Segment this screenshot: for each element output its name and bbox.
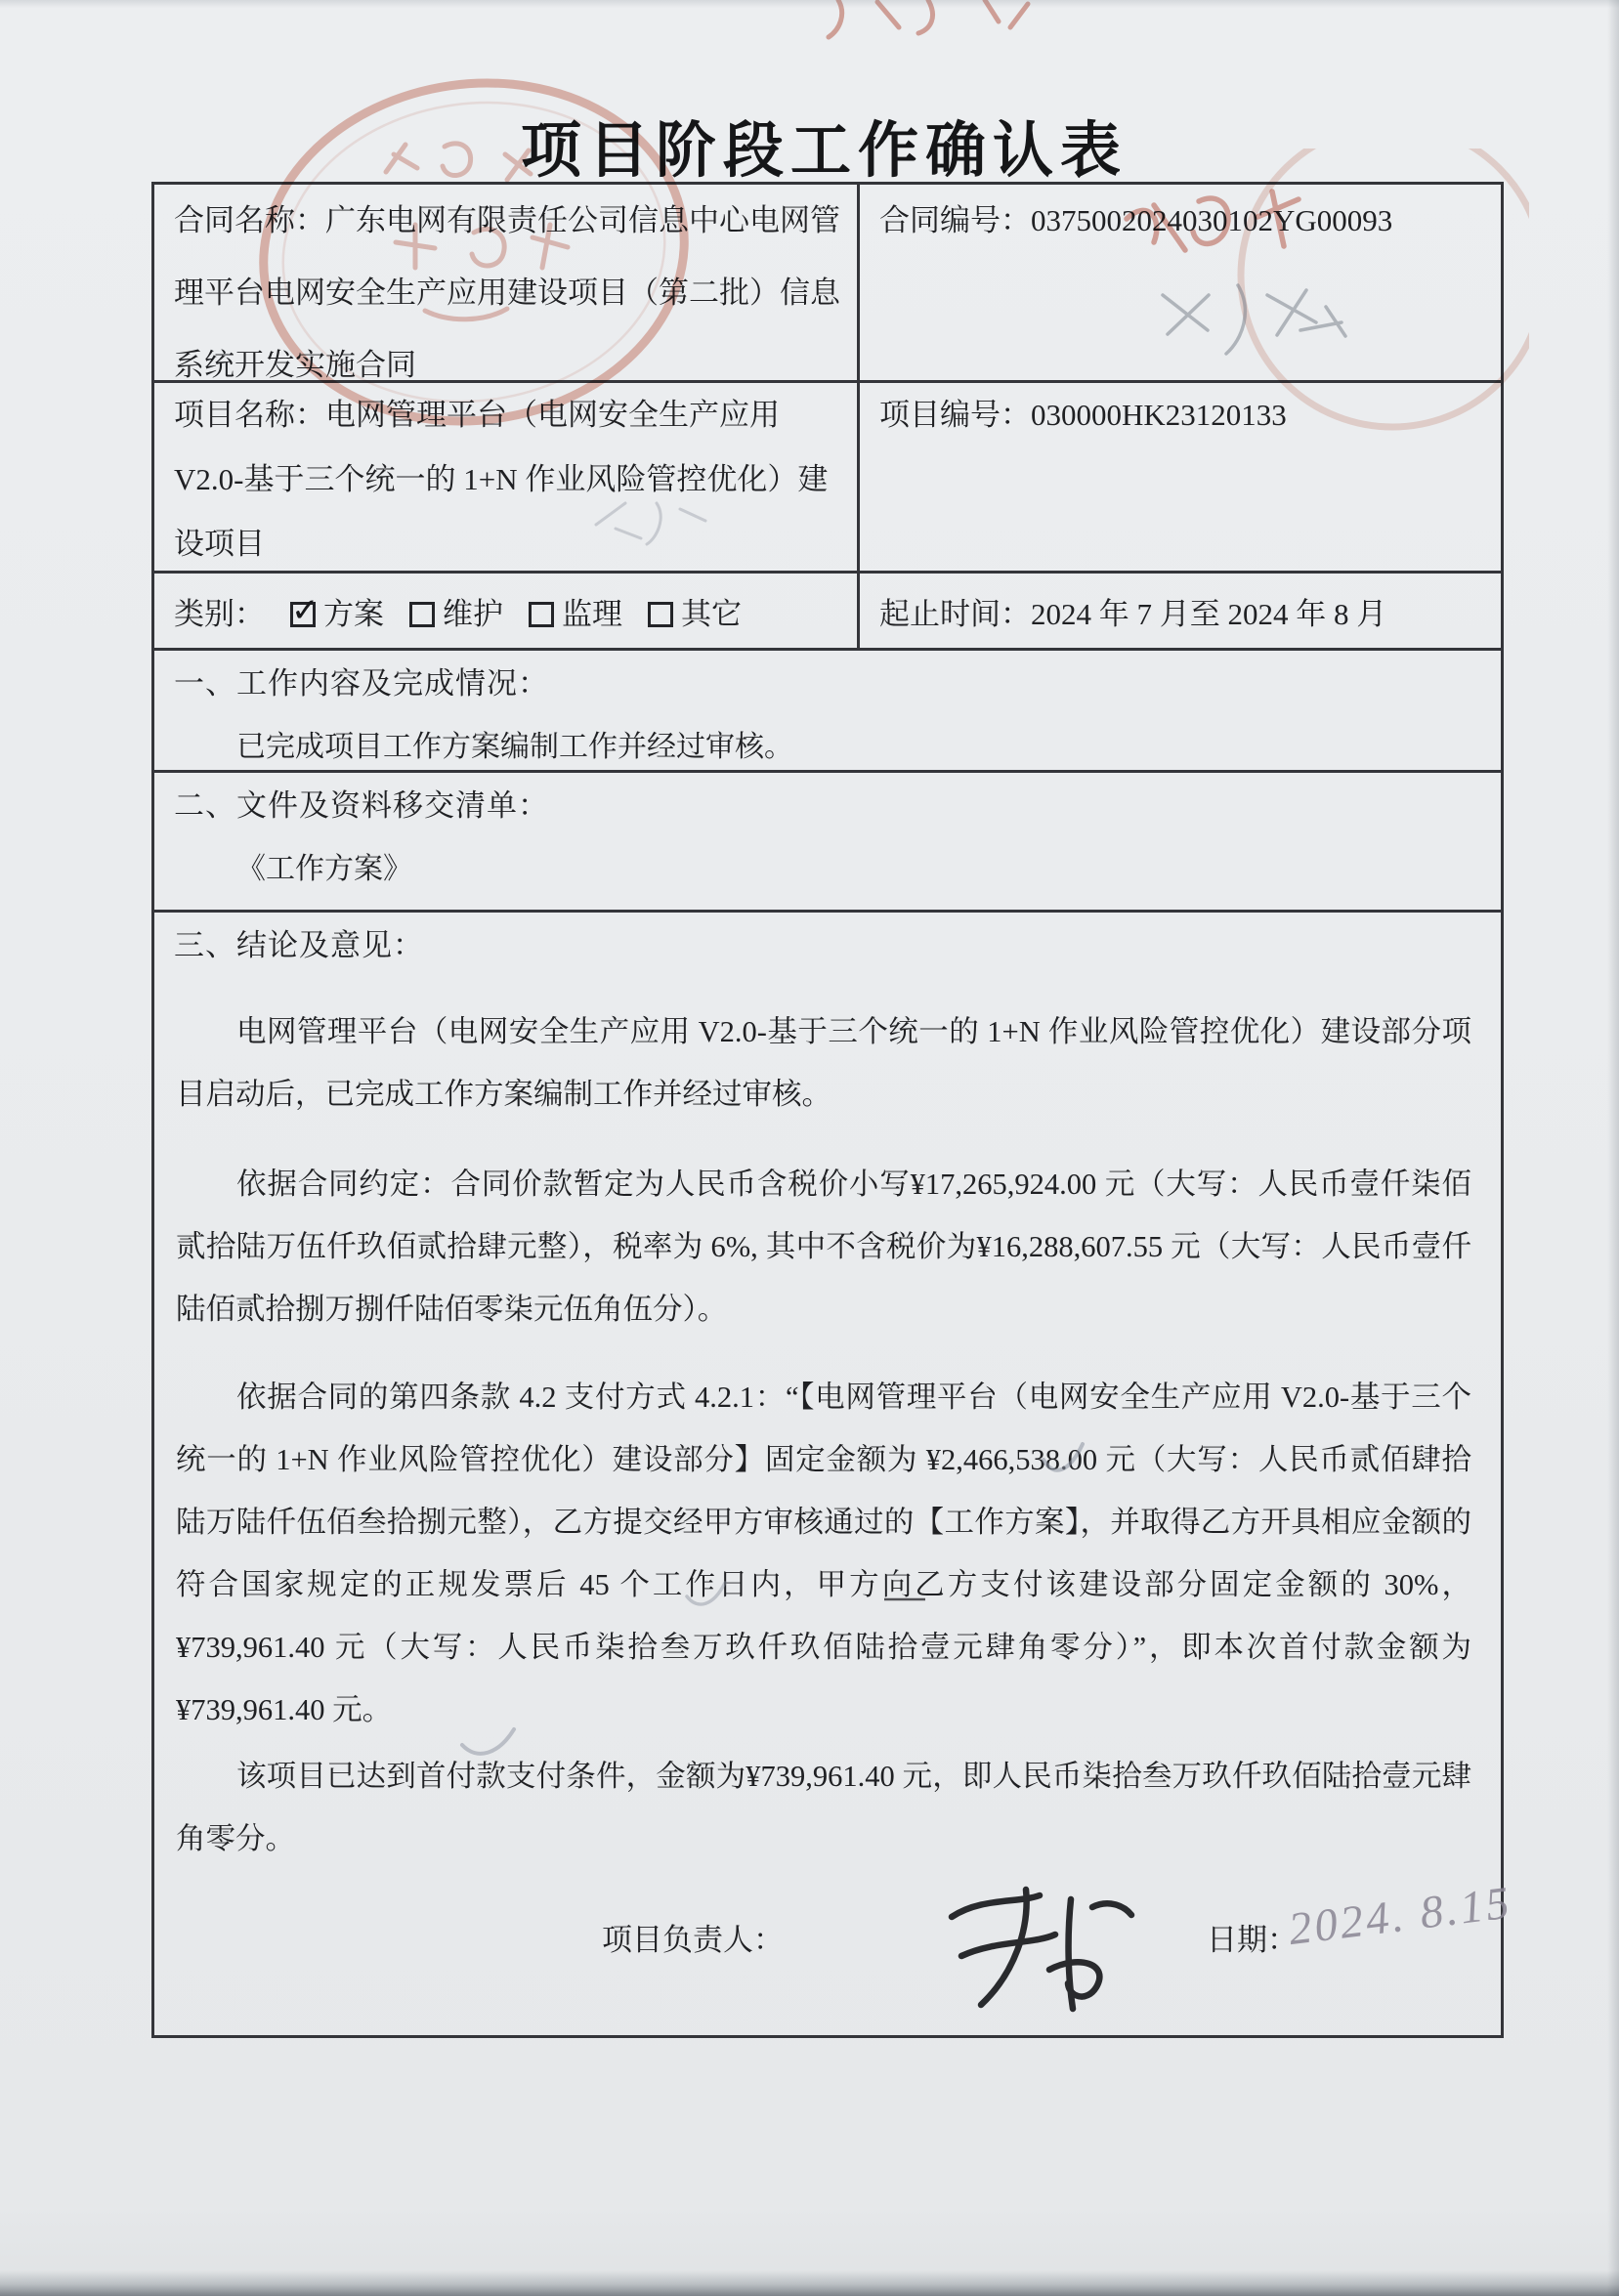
project-name-label: 项目名称： — [174, 398, 325, 432]
section-2-heading: 二、文件及资料移交清单： — [174, 781, 1485, 831]
category-option-label: 监理 — [562, 597, 622, 631]
row-project: 项目名称：电网管理平台（电网安全生产应用 V2.0-基于三个统一的 1+N 作业… — [154, 383, 1501, 574]
category-option-label: 方案 — [323, 597, 384, 631]
conclusion-paragraph: 依据合同的第四条款 4.2 支付方式 4.2.1：“【电网管理平台（电网安全生产… — [176, 1366, 1471, 1741]
manager-label: 项目负责人： — [602, 1921, 784, 1960]
conclusion-paragraph: 该项目已达到首付款支付条件，金额为¥739,961.40 元，即人民币柒拾叁万玖… — [176, 1745, 1471, 1870]
date-label: 日期： — [1207, 1921, 1298, 1960]
checkbox-checked-icon: ✓ — [290, 602, 316, 627]
conclusion-paragraph: 电网管理平台（电网安全生产应用 V2.0-基于三个统一的 1+N 作业风险管控优… — [176, 1000, 1471, 1126]
manager-signature — [924, 1878, 1159, 2015]
checkbox-icon — [409, 602, 435, 627]
row-section-3: 三、结论及意见： 电网管理平台（电网安全生产应用 V2.0-基于三个统一的 1+… — [154, 913, 1501, 2035]
duration-label: 起止时间： — [879, 589, 1031, 633]
row-section-2: 二、文件及资料移交清单： 《工作方案》 — [154, 773, 1501, 913]
category-option-label: 维护 — [443, 597, 503, 631]
section-3-cell: 三、结论及意见： 电网管理平台（电网安全生产应用 V2.0-基于三个统一的 1+… — [154, 913, 1501, 2035]
duration-cell: 起止时间：2024 年 7 月至 2024 年 8 月 — [860, 574, 1501, 648]
row-section-1: 一、工作内容及完成情况： 已完成项目工作方案编制工作并经过审核。 — [154, 651, 1501, 773]
conclusion-paragraph: 依据合同约定：合同价款暂定为人民币含税价小写¥17,265,924.00 元（大… — [176, 1153, 1471, 1340]
contract-name-cell: 合同名称：广东电网有限责任公司信息中心电网管理平台电网安全生产应用建设项目（第二… — [154, 185, 860, 380]
category-option-fangan: ✓方案 — [290, 589, 384, 633]
section-1-heading: 一、工作内容及完成情况： — [174, 659, 1485, 709]
category-option-label: 其它 — [681, 597, 742, 631]
project-no-cell: 项目编号：030000HK23120133 — [860, 383, 1501, 571]
section-2-body: 《工作方案》 — [236, 845, 1485, 894]
section-3-heading: 三、结论及意见： — [174, 920, 1485, 971]
scan-edge-bottom — [0, 2271, 1619, 2296]
category-cell: 类别： ✓方案 维护 监理 其它 — [154, 574, 860, 648]
project-no-label: 项目编号： — [879, 398, 1031, 432]
checkmark-icon: ✓ — [291, 591, 320, 630]
section-1-cell: 一、工作内容及完成情况： 已完成项目工作方案编制工作并经过审核。 — [154, 651, 1501, 770]
scan-edge-top — [0, 0, 1619, 8]
duration-value: 2024 年 7 月至 2024 年 8 月 — [1031, 589, 1386, 633]
section-2-cell: 二、文件及资料移交清单： 《工作方案》 — [154, 773, 1501, 910]
category-option-weihu: 维护 — [409, 589, 503, 633]
checkbox-icon — [529, 602, 554, 627]
contract-no-cell: 合同编号：0375002024030102YG00093 — [860, 185, 1501, 380]
confirmation-form-table: 合同名称：广东电网有限责任公司信息中心电网管理平台电网安全生产应用建设项目（第二… — [151, 182, 1504, 2038]
section-1-body: 已完成项目工作方案编制工作并经过审核。 — [236, 723, 1485, 772]
project-no-value: 030000HK23120133 — [1031, 398, 1287, 432]
project-name-cell: 项目名称：电网管理平台（电网安全生产应用 V2.0-基于三个统一的 1+N 作业… — [154, 383, 860, 571]
category-option-jianli: 监理 — [529, 589, 622, 633]
scanned-document-page: { "page": { "title": "项目阶段工作确认表" }, "hea… — [0, 0, 1619, 2296]
scan-edge-right — [1607, 0, 1619, 2296]
contract-no-label: 合同编号： — [879, 203, 1031, 237]
row-category: 类别： ✓方案 维护 监理 其它 起止时间：2024 年 7 月至 2024 年… — [154, 574, 1501, 651]
date-handwriting: 2024. 8.15 — [1286, 1868, 1583, 1956]
row-contract: 合同名称：广东电网有限责任公司信息中心电网管理平台电网安全生产应用建设项目（第二… — [154, 185, 1501, 383]
checkbox-icon — [648, 602, 673, 627]
category-label: 类别： — [174, 589, 265, 633]
page-title: 项目阶段工作确认表 — [0, 102, 1619, 189]
category-option-qita: 其它 — [648, 589, 742, 633]
contract-name-label: 合同名称： — [174, 203, 325, 237]
contract-no-value: 0375002024030102YG00093 — [1031, 203, 1392, 237]
